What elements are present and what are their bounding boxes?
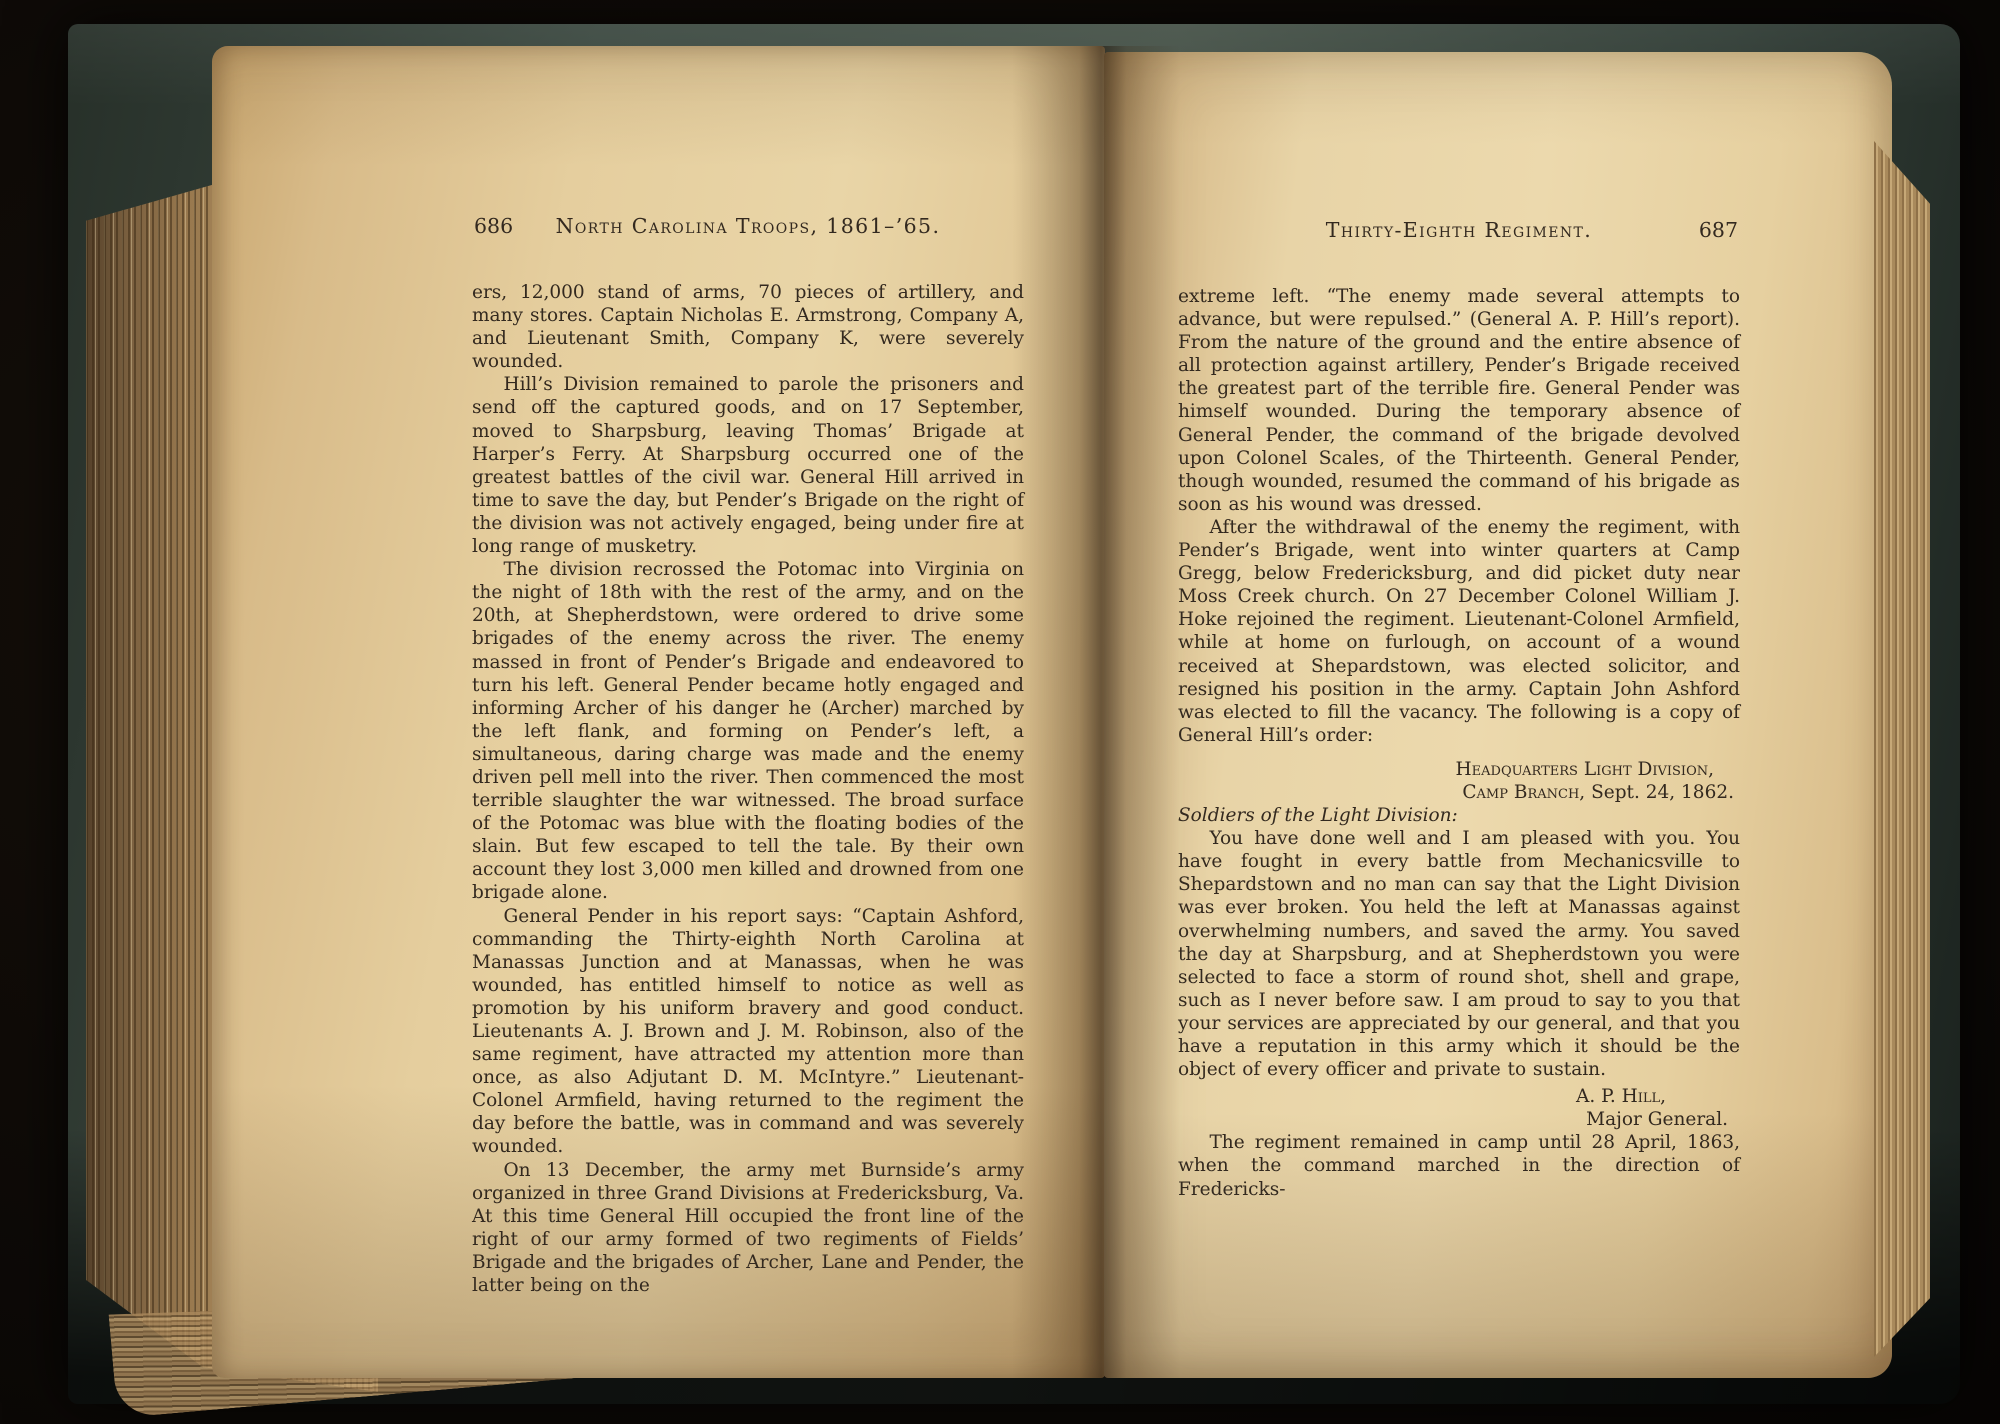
paragraph: ers, 12,000 stand of arms, 70 pieces of …: [472, 281, 1024, 373]
right-running-head: Thirty-Eighth Regiment. 687: [1178, 218, 1740, 252]
paragraph: extreme left. “The enemy made several at…: [1178, 285, 1740, 516]
letter-salutation: Soldiers of the Light Division:: [1178, 804, 1740, 827]
letter-signature-name: A. P. Hill,: [1178, 1085, 1740, 1108]
paragraph: On 13 December, the army met Burnside’s …: [472, 1159, 1024, 1298]
right-page-number: 687: [1699, 218, 1738, 242]
page-stack-right-edges: [1874, 141, 1930, 1359]
letter-heading-date: Sept. 24, 1862.: [1585, 782, 1734, 803]
right-running-title: Thirty-Eighth Regiment.: [1178, 218, 1740, 242]
paragraph: Hill’s Division remained to parole the p…: [472, 373, 1024, 558]
letter-heading-place: Camp Branch,: [1462, 782, 1585, 803]
left-running-title: North Carolina Troops, 1861–’65.: [472, 214, 1024, 238]
letter-heading-line1: Headquarters Light Division,: [1178, 758, 1740, 781]
photo-background: 686 North Carolina Troops, 1861–’65. ers…: [0, 0, 2000, 1424]
paragraph: General Pender in his report says: “Capt…: [472, 905, 1024, 1159]
closing-paragraph: The regiment remained in camp until 28 A…: [1178, 1131, 1740, 1200]
letter-signature-title: Major General.: [1178, 1108, 1740, 1131]
right-page-content: Thirty-Eighth Regiment. 687 extreme left…: [1178, 218, 1740, 1201]
paragraph: After the withdrawal of the enemy the re…: [1178, 516, 1740, 747]
letter-body: You have done well and I am pleased with…: [1178, 827, 1740, 1081]
letter-heading-line2: Camp Branch, Sept. 24, 1862.: [1178, 781, 1740, 804]
left-page-number: 686: [474, 214, 513, 238]
left-page-content: 686 North Carolina Troops, 1861–’65. ers…: [472, 214, 1024, 1297]
left-running-head: 686 North Carolina Troops, 1861–’65.: [472, 214, 1024, 248]
paragraph: The division recrossed the Potomac into …: [472, 558, 1024, 904]
